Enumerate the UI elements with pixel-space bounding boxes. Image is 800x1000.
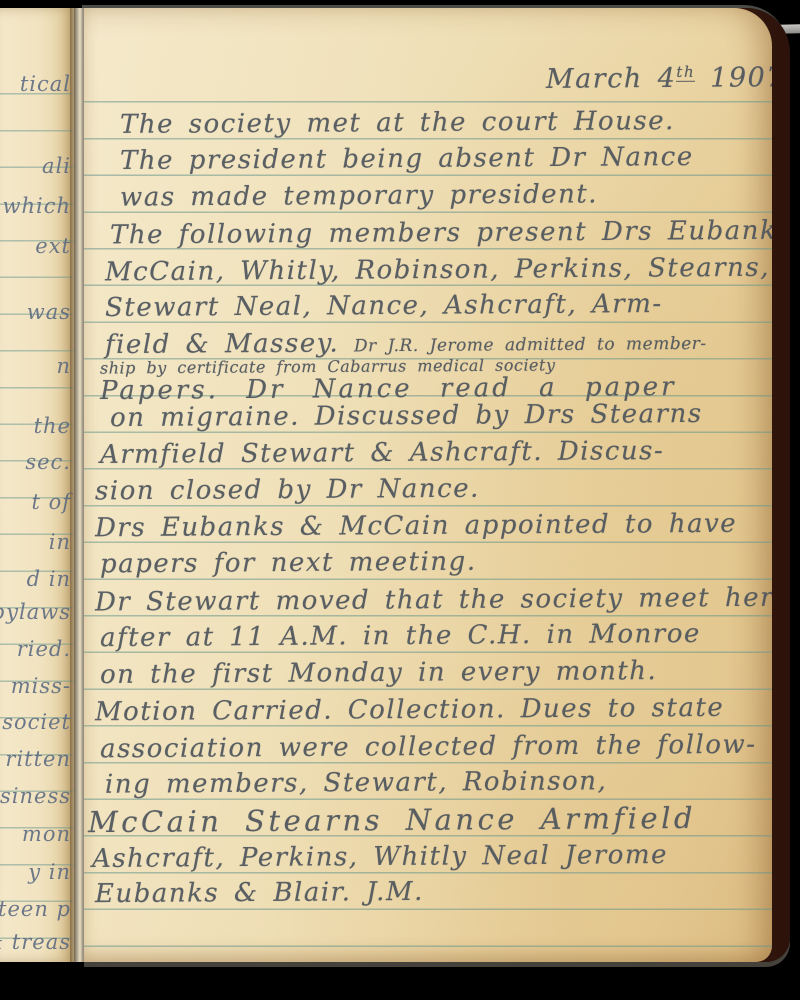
- date-ordinal: th: [676, 63, 695, 82]
- handwritten-line: ing members, Stewart, Robinson,: [105, 766, 607, 800]
- handwritten-line: McCain, Whitly, Robinson, Perkins, Stear…: [105, 253, 770, 288]
- handwritten-line: on migraine. Discussed by Drs Stearns: [110, 399, 703, 433]
- margin-fragment: & treas: [0, 930, 71, 954]
- margin-fragment: n: [56, 354, 71, 378]
- margin-fragment: was: [27, 300, 71, 324]
- handwritten-line: sion closed by Dr Nance.: [95, 474, 480, 507]
- book-fore-edge: March 4th 1907 The society met at the co…: [84, 8, 790, 962]
- margin-fragment: which: [2, 194, 71, 218]
- margin-fragment: t of: [31, 490, 71, 514]
- margin-fragment: ali: [42, 154, 71, 178]
- handwritten-line: Motion Carried. Collection. Dues to stat…: [95, 693, 724, 727]
- margin-fragment: siness: [0, 784, 71, 808]
- date-heading: March 4th 1907: [546, 62, 772, 95]
- margin-fragment: societ: [2, 710, 71, 734]
- margin-fragment: bylaws: [0, 600, 71, 624]
- handwritten-line: The president being absent Dr Nance: [120, 142, 694, 176]
- margin-fragment: in: [49, 530, 71, 554]
- handwritten-line: Drs Eubanks & McCain appointed to have: [95, 509, 737, 543]
- handwritten-line: The following members present Drs Eubank…: [110, 216, 772, 251]
- handwritten-line: Dr Stewart moved that the society meet h…: [95, 583, 772, 618]
- handwritten-line: The society met at the court House.: [120, 106, 675, 140]
- previous-page-edge: tical ali which ext was n the sec. t of …: [0, 8, 74, 962]
- margin-fragment: tical: [20, 72, 71, 96]
- margin-fragment: fourteen p: [0, 897, 71, 921]
- handwritten-line: after at 11 A.M. in the C.H. in Monroe: [100, 619, 701, 653]
- handwritten-line: Stewart Neal, Nance, Ashcraft, Arm-: [105, 289, 663, 323]
- line-text: field & Massey.: [105, 328, 339, 360]
- handwritten-line: association were collected from the foll…: [100, 730, 757, 765]
- margin-fragment: the: [34, 414, 71, 438]
- scanned-notebook-page: tical ali which ext was n the sec. t of …: [0, 0, 800, 1000]
- margin-fragment: y in: [28, 860, 71, 884]
- date-month-day: March 4: [546, 63, 677, 95]
- handwritten-line: Eubanks & Blair. J.M.: [95, 877, 424, 909]
- handwritten-line: was made temporary president.: [120, 179, 598, 212]
- margin-fragment: d in: [27, 567, 71, 591]
- inline-note: Dr J.R. Jerome admitted to member-: [354, 334, 707, 356]
- margin-fragment: ext: [35, 234, 71, 258]
- date-year: 1907: [710, 62, 772, 94]
- handwritten-line: McCain Stearns Nance Armfield: [88, 801, 696, 839]
- handwritten-line: on the first Monday in every month.: [100, 656, 657, 690]
- notebook-page: March 4th 1907 The society met at the co…: [84, 8, 772, 962]
- handwritten-line: field & Massey. Dr J.R. Jerome admitted …: [105, 326, 707, 360]
- handwritten-line: Armfield Stewart & Ashcraft. Discus-: [100, 436, 664, 470]
- margin-fragment: miss-: [11, 674, 71, 698]
- margin-fragment: sec.: [25, 450, 71, 474]
- handwritten-line: papers for next meeting.: [100, 547, 477, 580]
- margin-fragment: mon: [22, 822, 71, 846]
- margin-fragment: ried.: [17, 637, 71, 661]
- handwritten-line: Ashcraft, Perkins, Whitly Neal Jerome: [92, 840, 668, 874]
- margin-fragment: ritten: [5, 747, 71, 771]
